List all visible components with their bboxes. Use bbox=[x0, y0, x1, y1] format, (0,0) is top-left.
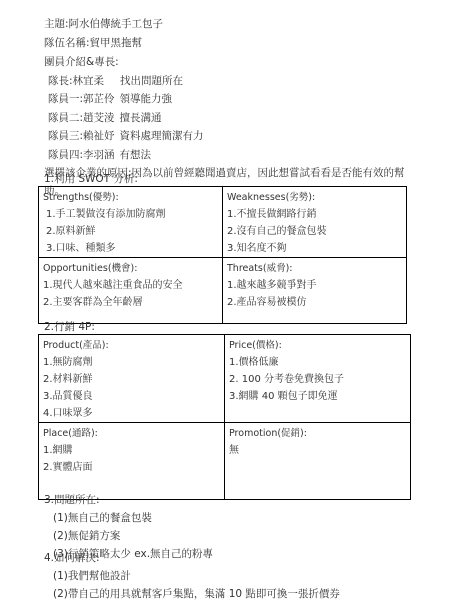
product-item: 1.無防腐劑 bbox=[43, 354, 220, 371]
place-heading: Place(通路): bbox=[43, 425, 220, 442]
promotion-item: 無 bbox=[229, 442, 406, 459]
member-skill: 有想法 bbox=[120, 149, 152, 161]
opportunities-heading: Opportunities(機會): bbox=[43, 260, 218, 277]
fourp-title: 2.行銷 4P: bbox=[44, 320, 95, 334]
fourp-table: Product(產品): 1.無防腐劑 2.材料新鮮 3.品質優良 4.口味眾多… bbox=[38, 334, 411, 500]
swot-opportunities-cell: Opportunities(機會): 1.現代人越來越注重食品的安全 2.主要客… bbox=[39, 258, 223, 324]
place-item: 2.實體店面 bbox=[43, 459, 220, 476]
solution-item: (2)帶自己的用具就幫客戶集點，集滿 10 點即可換一張折價券 bbox=[53, 587, 340, 601]
team-name-line: 隊伍名稱:貿甲黑拖幫 bbox=[44, 36, 142, 50]
member-label: 隊長:林宜柔 bbox=[48, 75, 104, 87]
member-row: 隊員二:趙芠淩擅長溝通 bbox=[48, 111, 162, 125]
member-row: 隊員三:賴祉妤資料處理簡潔有力 bbox=[48, 129, 204, 143]
swot-strengths-cell: Strengths(優勢): 1.手工製做沒有添加防腐劑 2.原料新鮮 3.口味… bbox=[39, 187, 223, 258]
place-item: 1.網購 bbox=[43, 442, 220, 459]
promotion-heading: Promotion(促銷): bbox=[229, 425, 406, 442]
member-row: 隊長:林宜柔找出問題所在 bbox=[48, 74, 183, 88]
member-skill: 領導能力強 bbox=[120, 93, 173, 105]
weakness-item: 3.知名度不夠 bbox=[227, 240, 402, 257]
weaknesses-heading: Weaknesses(劣勢): bbox=[227, 189, 402, 206]
price-item: 1.價格低廉 bbox=[229, 354, 406, 371]
weakness-item: 1.不擅長做網路行銷 bbox=[227, 206, 402, 223]
threats-heading: Threats(威脅): bbox=[227, 260, 402, 277]
problem-item: (2)無促銷方案 bbox=[53, 529, 120, 543]
price-item: 3.網購 40 顆包子即免運 bbox=[229, 388, 406, 405]
fourp-promotion-cell: Promotion(促銷): 無 bbox=[225, 423, 411, 500]
member-skill: 資料處理簡潔有力 bbox=[120, 130, 204, 142]
product-heading: Product(產品): bbox=[43, 337, 220, 354]
fourp-price-cell: Price(價格): 1.價格低廉 2. 100 分考卷免費換包子 3.網購 4… bbox=[225, 335, 411, 423]
solution-item: (1)我們幫他設計 bbox=[53, 569, 131, 583]
threat-item: 1.越來越多競爭對手 bbox=[227, 277, 402, 294]
opportunity-item: 2.主要客群為全年齡層 bbox=[43, 294, 218, 311]
product-item: 4.口味眾多 bbox=[43, 405, 220, 422]
price-heading: Price(價格): bbox=[229, 337, 406, 354]
member-skill: 找出問題所在 bbox=[120, 75, 183, 87]
weakness-item: 2.沒有自己的餐盒包裝 bbox=[227, 223, 402, 240]
problems-title: 3.問題所在: bbox=[44, 493, 100, 507]
price-item: 2. 100 分考卷免費換包子 bbox=[229, 371, 406, 388]
member-row: 隊員一:郭芷伶領導能力強 bbox=[48, 92, 172, 106]
swot-title: 1.利用 SWOT 分析: bbox=[44, 172, 138, 186]
strengths-heading: Strengths(優勢): bbox=[43, 189, 218, 206]
problem-item: (1)無自己的餐盒包裝 bbox=[53, 511, 152, 525]
member-label: 隊員二:趙芠淩 bbox=[48, 112, 115, 124]
swot-threats-cell: Threats(威脅): 1.越來越多競爭對手 2.產品容易被模仿 bbox=[223, 258, 407, 324]
member-label: 隊員四:李羽涵 bbox=[48, 149, 115, 161]
topic-line: 主題:阿水伯傳統手工包子 bbox=[44, 17, 163, 31]
members-title: 團員介紹&專長: bbox=[44, 55, 119, 69]
strength-item: 3.口味、種類多 bbox=[43, 240, 218, 257]
strength-item: 2.原料新鮮 bbox=[43, 223, 218, 240]
swot-weaknesses-cell: Weaknesses(劣勢): 1.不擅長做網路行銷 2.沒有自己的餐盒包裝 3… bbox=[223, 187, 407, 258]
product-item: 2.材料新鮮 bbox=[43, 371, 220, 388]
solutions-title: 4.如何解決: bbox=[44, 551, 100, 565]
member-skill: 擅長溝通 bbox=[120, 112, 162, 124]
product-item: 3.品質優良 bbox=[43, 388, 220, 405]
member-label: 隊員三:賴祉妤 bbox=[48, 130, 115, 142]
member-row: 隊員四:李羽涵有想法 bbox=[48, 148, 151, 162]
fourp-product-cell: Product(產品): 1.無防腐劑 2.材料新鮮 3.品質優良 4.口味眾多 bbox=[39, 335, 225, 423]
opportunity-item: 1.現代人越來越注重食品的安全 bbox=[43, 277, 218, 294]
threat-item: 2.產品容易被模仿 bbox=[227, 294, 402, 311]
member-label: 隊員一:郭芷伶 bbox=[48, 93, 115, 105]
fourp-place-cell: Place(通路): 1.網購 2.實體店面 bbox=[39, 423, 225, 500]
strength-item: 1.手工製做沒有添加防腐劑 bbox=[43, 206, 218, 223]
swot-table: Strengths(優勢): 1.手工製做沒有添加防腐劑 2.原料新鮮 3.口味… bbox=[38, 186, 407, 324]
